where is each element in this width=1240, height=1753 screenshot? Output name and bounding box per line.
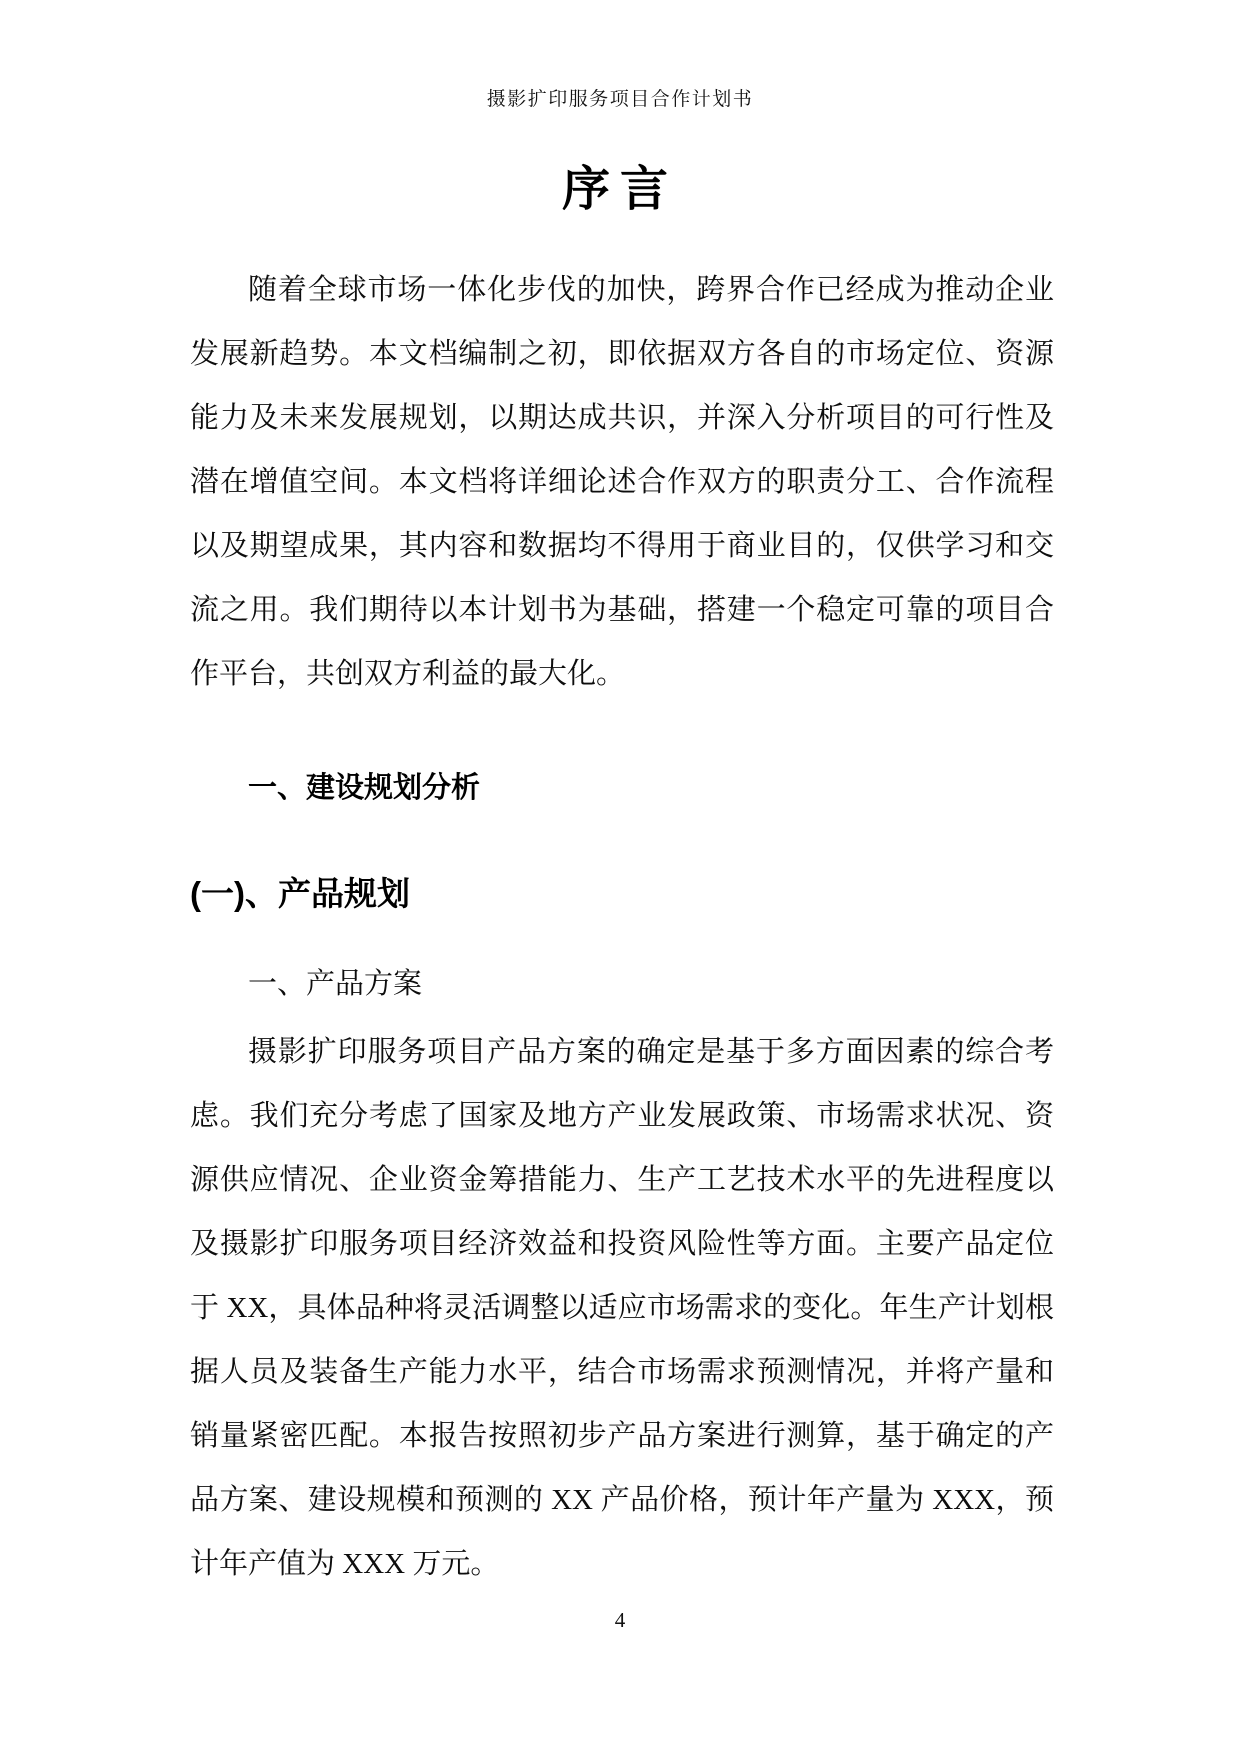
heading-construction-planning-analysis: 一、建设规划分析	[190, 768, 1054, 808]
page-header-title: 摄影扩印服务项目合作计划书	[0, 84, 1240, 111]
heading-product-planning: (一)、产品规划	[190, 872, 1054, 916]
page-number: 4	[0, 1608, 1240, 1633]
paragraph-product-scheme: 摄影扩印服务项目产品方案的确定是基于多方面因素的综合考虑。我们充分考虑了国家及地…	[190, 1020, 1054, 1596]
paragraph-intro: 随着全球市场一体化步伐的加快，跨界合作已经成为推动企业发展新趋势。本文档编制之初…	[190, 258, 1054, 706]
document-title: 序言	[0, 150, 1240, 219]
heading-product-scheme: 一、产品方案	[190, 962, 1054, 1006]
document-page: 摄影扩印服务项目合作计划书 序言 随着全球市场一体化步伐的加快，跨界合作已经成为…	[0, 0, 1240, 1753]
